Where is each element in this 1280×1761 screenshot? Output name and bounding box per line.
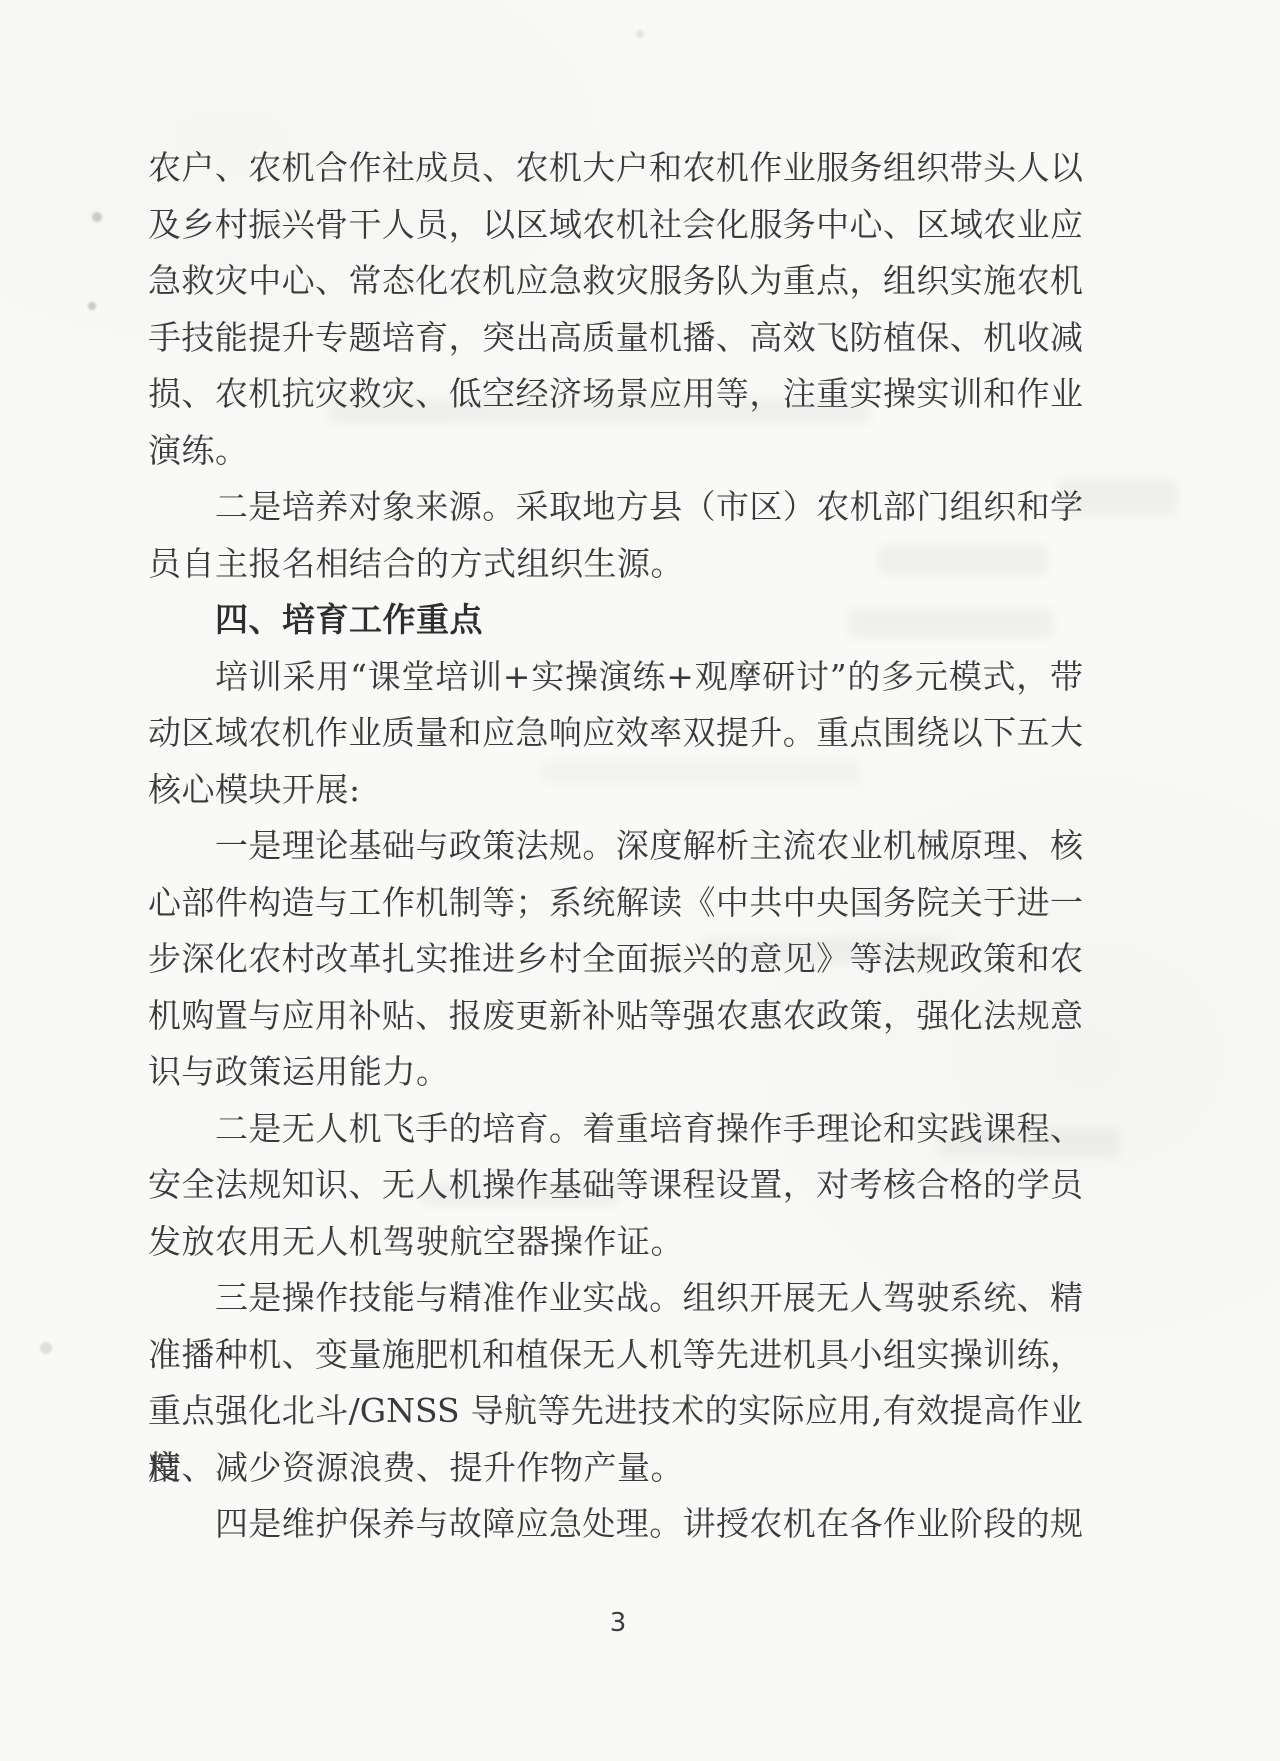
text-line: 重点强化北斗/GNSS 导航等先进技术的实际应用,有效提高作业精: [148, 1383, 1083, 1440]
text-line: 急救灾中心、常态化农机应急救灾服务队为重点，组织实施农机: [148, 253, 1083, 310]
text-line: 准播种机、变量施肥机和植保无人机等先进机具小组实操训练，: [148, 1327, 1083, 1384]
text-line: 农户、农机合作社成员、农机大户和农机作业服务组织带头人以: [148, 140, 1083, 197]
text-line: 员自主报名相结合的方式组织生源。: [148, 536, 1083, 593]
text-line: 及乡村振兴骨干人员，以区域农机社会化服务中心、区域农业应: [148, 197, 1083, 254]
text-line: 二是无人机飞手的培育。着重培育操作手理论和实践课程、: [148, 1101, 1083, 1158]
text-line: 培训采用“课堂培训+实操演练+观摩研讨”的多元模式，带: [148, 649, 1083, 706]
text-line: 机购置与应用补贴、报废更新补贴等强农惠农政策，强化法规意: [148, 988, 1083, 1045]
text-line: 二是培养对象来源。采取地方县（市区）农机部门组织和学: [148, 479, 1083, 536]
scan-speck: [40, 1342, 52, 1354]
text-line: 损、农机抗灾救灾、低空经济场景应用等，注重实操实训和作业: [148, 366, 1083, 423]
text-block: 农户、农机合作社成员、农机大户和农机作业服务组织带头人以及乡村振兴骨干人员，以区…: [148, 140, 1083, 1553]
text-line: 识与政策运用能力。: [148, 1044, 1083, 1101]
text-line: 手技能提升专题培育，突出高质量机播、高效飞防植保、机收减: [148, 310, 1083, 367]
text-line: 动区域农机作业质量和应急响应效率双提升。重点围绕以下五大: [148, 705, 1083, 762]
text-line: 三是操作技能与精准作业实战。组织开展无人驾驶系统、精: [148, 1270, 1083, 1327]
text-line: 发放农用无人机驾驶航空器操作证。: [148, 1214, 1083, 1271]
text-line: 一是理论基础与政策法规。深度解析主流农业机械原理、核: [148, 818, 1083, 875]
text-line: 心部件构造与工作机制等；系统解读《中共中央国务院关于进一: [148, 875, 1083, 932]
text-line: 步深化农村改革扎实推进乡村全面振兴的意见》等法规政策和农: [148, 931, 1083, 988]
text-line: 演练。: [148, 423, 1083, 480]
text-line: 核心模块开展:: [148, 762, 1083, 819]
scan-speck: [636, 30, 644, 38]
scan-speck: [88, 302, 96, 310]
text-line: 四是维护保养与故障应急处理。讲授农机在各作业阶段的规: [148, 1496, 1083, 1553]
text-line: 度、减少资源浪费、提升作物产量。: [148, 1440, 1083, 1497]
section-heading: 四、培育工作重点: [148, 592, 1083, 649]
scan-speck: [92, 212, 102, 222]
text-line: 安全法规知识、无人机操作基础等课程设置，对考核合格的学员: [148, 1157, 1083, 1214]
page-number: 3: [578, 1608, 658, 1638]
document-page: 农户、农机合作社成员、农机大户和农机作业服务组织带头人以及乡村振兴骨干人员，以区…: [0, 0, 1280, 1761]
